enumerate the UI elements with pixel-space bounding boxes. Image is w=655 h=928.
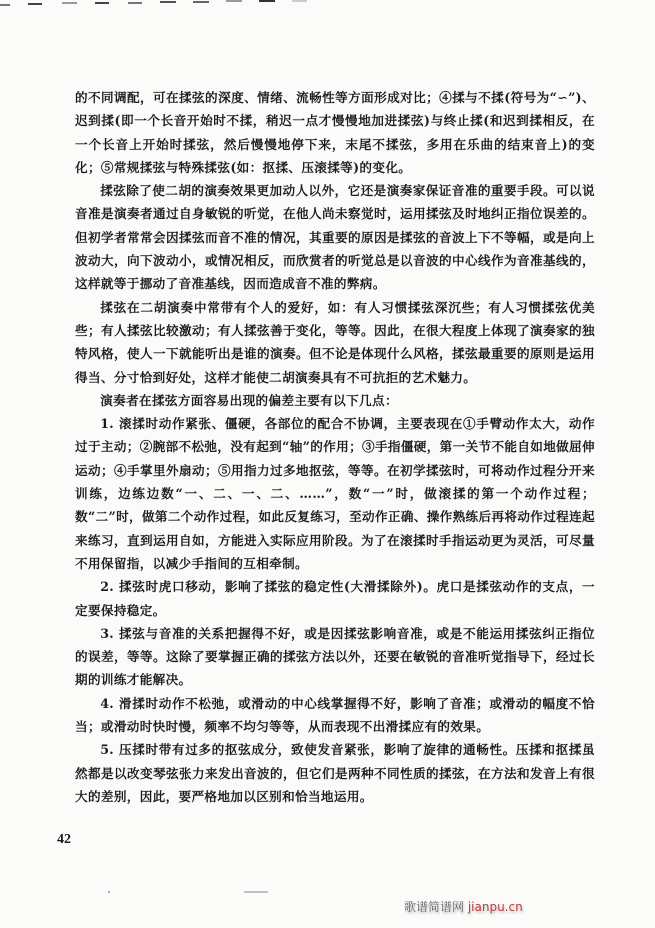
edge-mark — [62, 2, 77, 4]
edge-mark — [193, 1, 209, 3]
watermark-url: jianpu.cn — [468, 900, 523, 914]
list-item-4: 4. 滑揉时动作不松弛，或滑动的中心线掌握得不好，影响了音准；或滑动的幅度不恰当… — [75, 692, 595, 739]
watermark: 歌谱简谱网 jianpu.cn — [404, 898, 523, 915]
edge-mark — [259, 0, 275, 2]
paragraph: 演奏者在揉弦方面容易出现的偏差主要有以下几点： — [75, 389, 595, 412]
page-number: 42 — [57, 832, 71, 848]
list-item-5: 5. 压揉时带有过多的抠弦成分，致使发音紧张，影响了旋律的通畅性。压揉和抠揉虽然… — [75, 738, 595, 808]
paragraph: 揉弦在二胡演奏中常带有个人的爱好，如：有人习惯揉弦深沉些；有人习惯揉弦优美些；有… — [75, 296, 595, 389]
list-item-2: 2. 揉弦时虎口移动，影响了揉弦的稳定性(大滑揉除外)。虎口是揉弦动作的支点，一… — [75, 575, 595, 622]
paragraph: 的不同调配，可在揉弦的深度、情绪、流畅性等方面形成对比；④揉与不揉(符号为“∽”… — [75, 86, 595, 179]
edge-mark — [28, 3, 42, 5]
list-item-1: 1. 滚揉时动作紧张、僵硬，各部位的配合不协调，主要表现在①手臂动作太大，动作过… — [75, 412, 595, 575]
edge-mark — [95, 2, 109, 4]
edge-mark — [0, 4, 10, 6]
scan-edge-marks — [0, 0, 655, 12]
edge-mark — [226, 0, 242, 2]
page-body: 的不同调配，可在揉弦的深度、情绪、流畅性等方面形成对比；④揉与不揉(符号为“∽”… — [75, 86, 595, 808]
edge-mark — [128, 2, 142, 4]
list-item-3: 3. 揉弦与音准的关系把握得不好，或是因揉弦影响音准，或是不能运用揉弦纠正指位的… — [75, 622, 595, 692]
watermark-site-name: 歌谱简谱网 — [404, 900, 464, 914]
scan-speck — [108, 891, 110, 893]
paragraph: 揉弦除了使二胡的演奏效果更加动人以外，它还是演奏家保证音准的重要手段。可以说音准… — [75, 179, 595, 295]
edge-mark — [292, 0, 307, 2]
edge-mark — [160, 1, 176, 3]
scan-smudge — [244, 891, 268, 893]
